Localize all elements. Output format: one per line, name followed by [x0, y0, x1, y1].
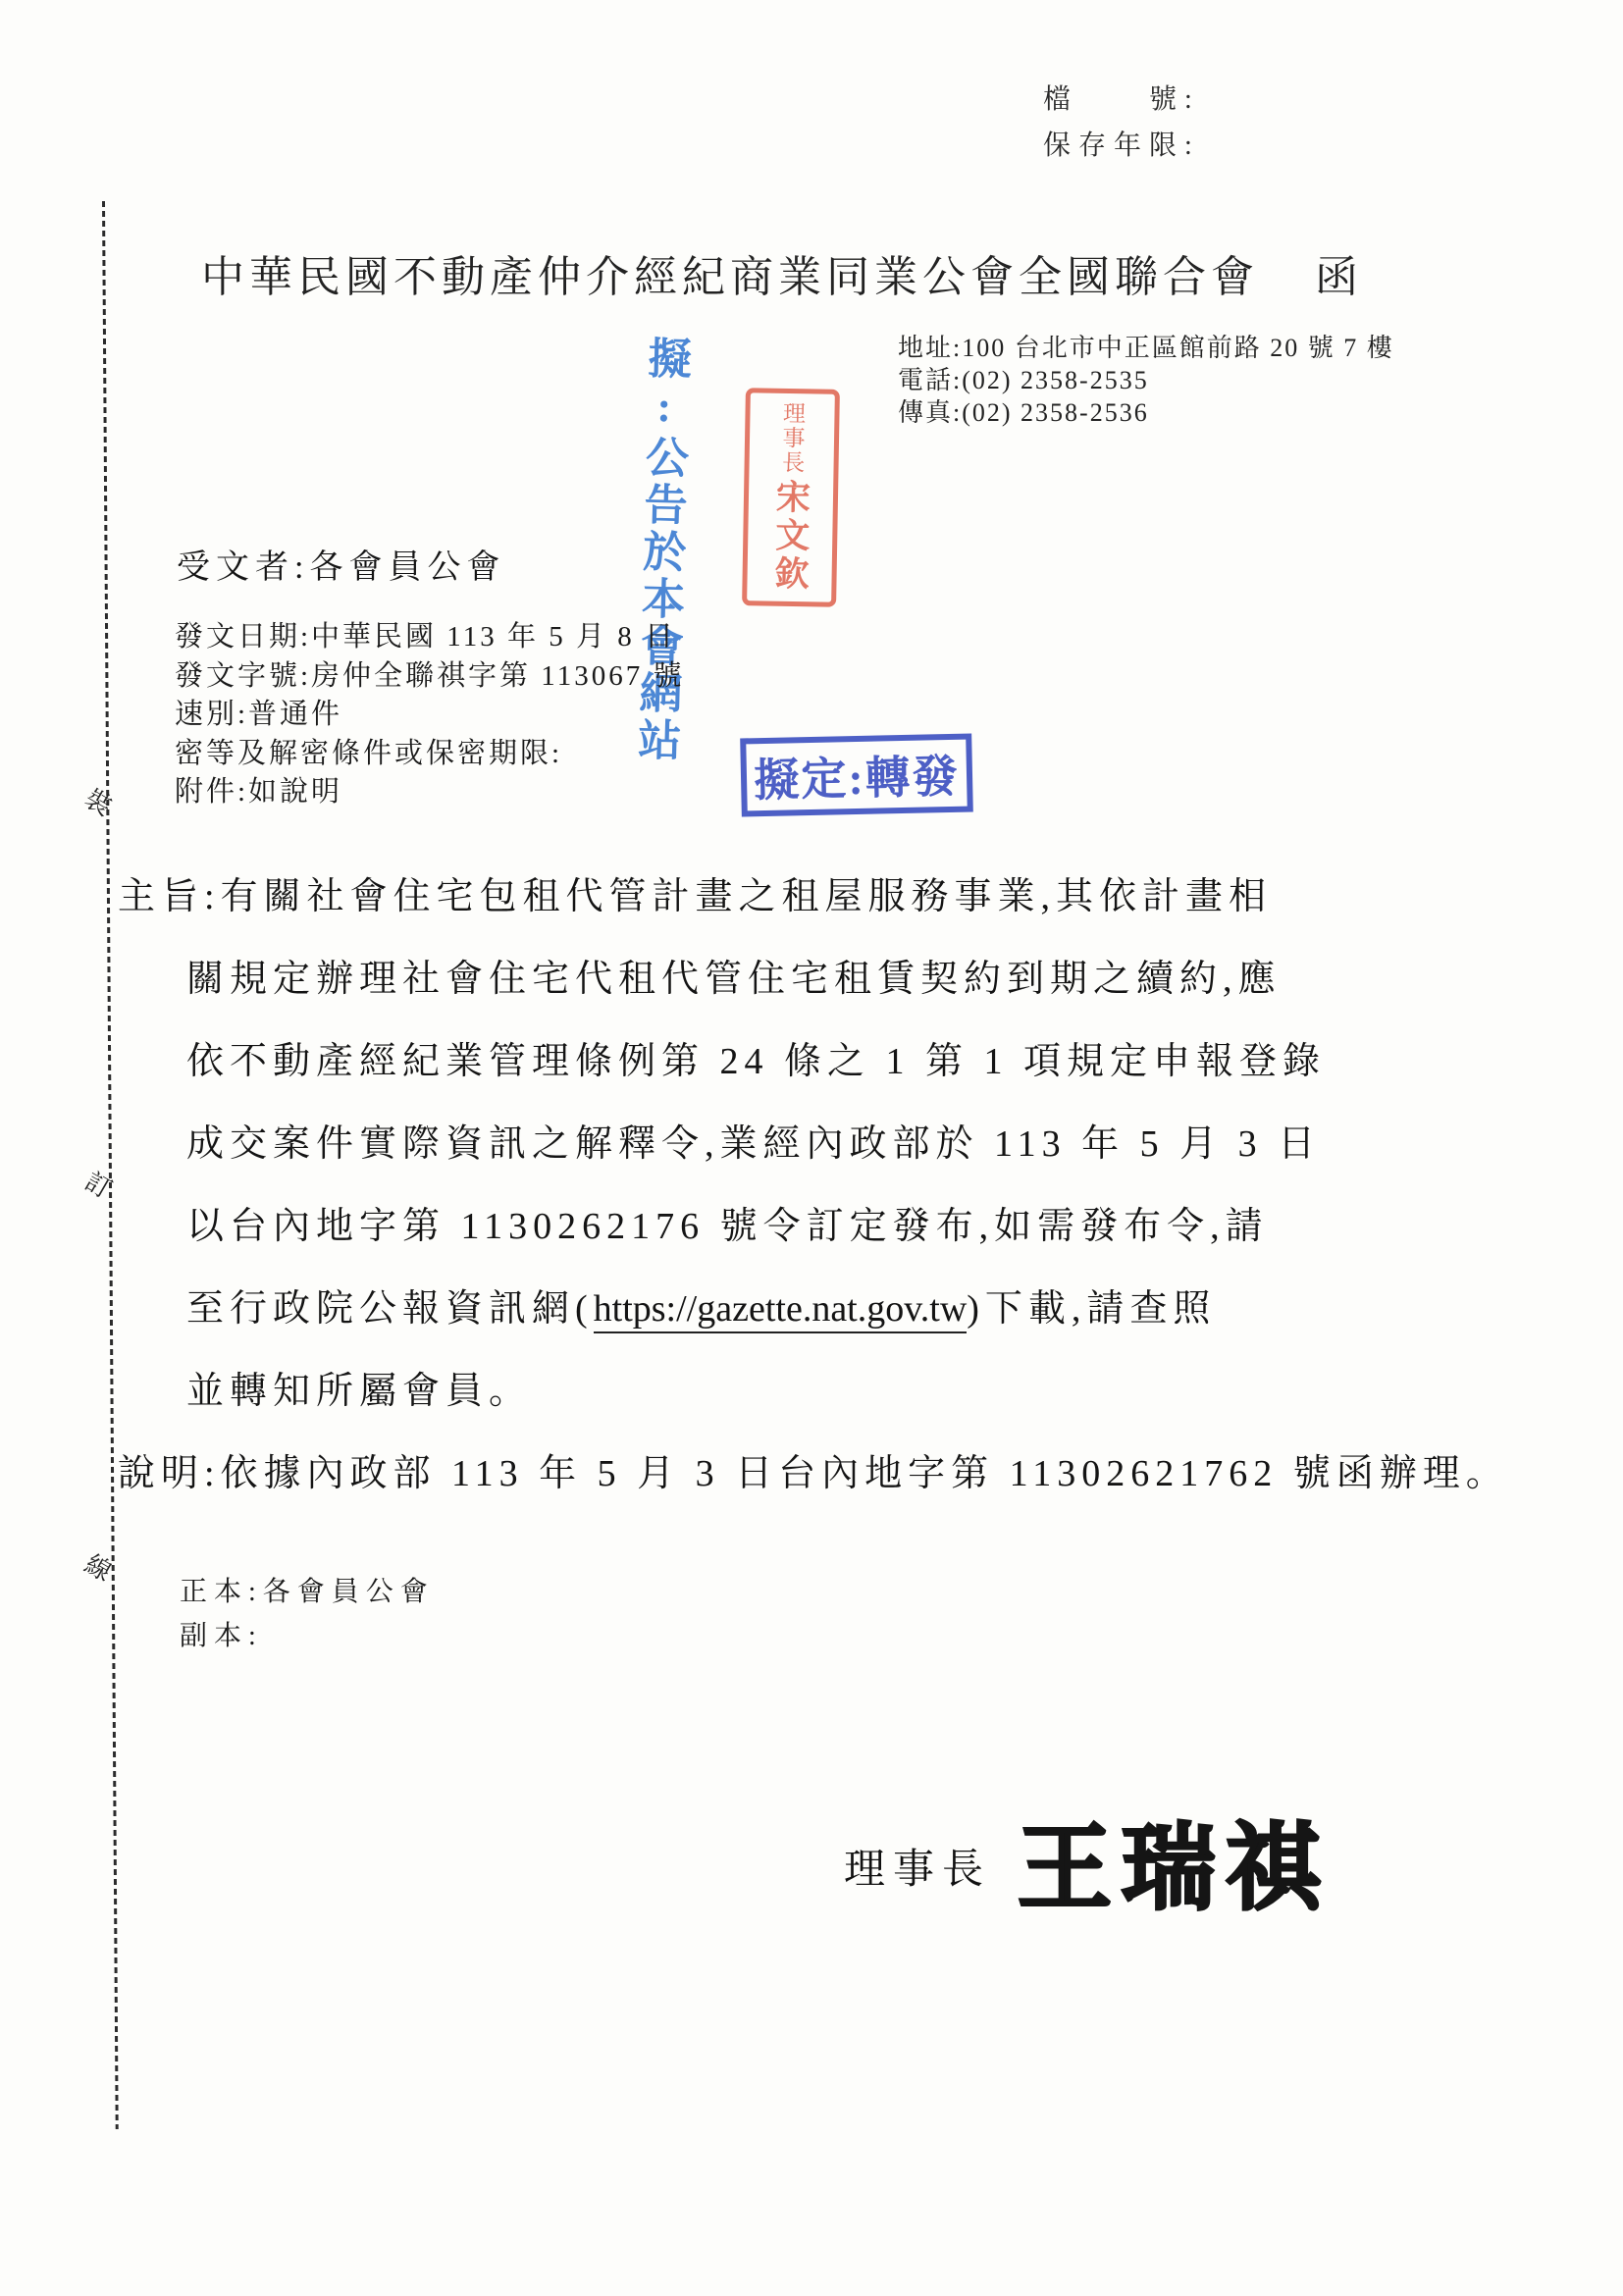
blue-approval-stamp: 擬定:轉發	[740, 734, 973, 817]
subject-line-6-suffix: )下載,請查照	[967, 1288, 1216, 1330]
seal-name-text: 宋文欽	[772, 479, 809, 595]
file-labels: 檔 號: 保存年限:	[1043, 77, 1200, 169]
copies-block: 正本:各會員公會 副本:	[180, 1570, 435, 1658]
letter-title-row: 中華民國不動產仲介經紀商業同業公會全國聯合會函	[201, 241, 1358, 304]
retention-period-label: 保存年限:	[1043, 123, 1200, 169]
recipient-line: 受文者:各會員公會	[177, 540, 505, 588]
binding-char-ding: 訂	[76, 1160, 123, 1208]
subject-line-2: 關規定辦理社會住宅代租代管住宅租賃契約到期之續約,應	[186, 948, 1282, 1002]
meta-issue-date: 發文日期:中華民國 113 年 5 月 8 日	[175, 618, 684, 657]
sender-phone: 電話:(02) 2358-2535	[898, 364, 1394, 396]
subject-line-7: 並轉知所屬會員。	[186, 1360, 532, 1414]
meta-doc-number: 發文字號:房仲全聯祺字第 113067 號	[175, 657, 684, 697]
subject-line-4: 成交案件實際資訊之解釋令,業經內政部於 113 年 5 月 3 日	[186, 1113, 1321, 1167]
signature-name: 王瑞祺	[1018, 1794, 1330, 1928]
copy-original-line: 正本:各會員公會	[180, 1570, 435, 1614]
organization-title: 中華民國不動產仲介經紀商業同業公會全國聯合會	[201, 253, 1259, 301]
subject-line-1: 主旨:有關社會住宅包租代管計畫之租屋服務事業,其依計畫相	[118, 865, 1272, 919]
subject-line-6: 至行政院公報資訊網(https://gazette.nat.gov.tw)下載,…	[186, 1278, 1216, 1331]
meta-attachment: 附件:如說明	[175, 773, 684, 812]
signature-title: 理事長	[844, 1837, 991, 1896]
doc-type-label: 函	[1315, 253, 1358, 301]
sender-contact-block: 地址:100 台北市中正區館前路 20 號 7 樓 電話:(02) 2358-2…	[898, 332, 1394, 429]
meta-block: 發文日期:中華民國 113 年 5 月 8 日 發文字號:房仲全聯祺字第 113…	[175, 618, 684, 812]
sender-fax: 傳真:(02) 2358-2536	[898, 396, 1394, 429]
copy-cc-line: 副本:	[180, 1614, 435, 1658]
gazette-url-text: https://gazette.nat.gov.tw	[594, 1288, 968, 1333]
sender-address: 地址:100 台北市中正區館前路 20 號 7 樓	[898, 332, 1394, 364]
red-name-seal: 理事長 宋文欽	[742, 388, 840, 607]
file-number-label: 檔 號:	[1043, 77, 1200, 123]
subject-line-6-prefix: 至行政院公報資訊網(	[186, 1288, 594, 1330]
binding-char-xian: 線	[76, 1542, 123, 1591]
seal-title-text: 理事長	[780, 401, 804, 475]
meta-security-class: 密等及解密條件或保密期限:	[175, 735, 684, 774]
subject-line-5: 以台內地字第 1130262176 號令訂定發布,如需發布令,請	[186, 1195, 1269, 1249]
explanation-line: 說明:依據內政部 113 年 5 月 3 日台內地字第 11302621762 …	[118, 1442, 1509, 1496]
binding-char-zhuang: 裝	[76, 777, 123, 825]
subject-line-3: 依不動產經紀業管理條例第 24 條之 1 第 1 項規定申報登錄	[186, 1030, 1326, 1084]
meta-speed-class: 速別:普通件	[175, 696, 684, 735]
scanned-letter-page: 檔 號: 保存年限: 中華民國不動產仲介經紀商業同業公會全國聯合會函 地址:10…	[0, 0, 1623, 2296]
